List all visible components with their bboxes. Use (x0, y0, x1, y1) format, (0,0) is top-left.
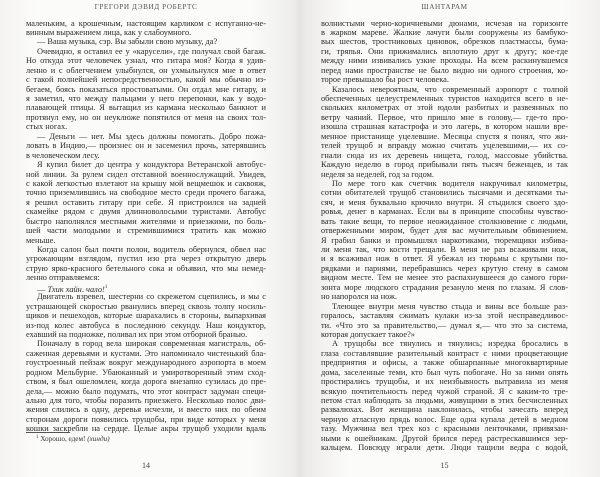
text-line: сторонам дороги появились трущобы, при в… (26, 415, 266, 424)
page-number-right: 15 (321, 461, 568, 470)
text-line: струю ярко-красного бетельного сока и об… (26, 264, 266, 273)
text-line: ными к ошейникам. Другой брился перед ра… (321, 434, 568, 443)
text-line: обеспеченных целеустремленных туристов н… (321, 94, 568, 103)
text-line: из-под колес автобуса в последнюю секунд… (26, 321, 266, 330)
text-line: Поначалу в город вела широкая современна… (26, 339, 266, 348)
page-number-left: 14 (26, 461, 266, 470)
text-line: глаза составлявшие разительный контраст … (321, 349, 568, 358)
text-line: скольких километрах от этой юдоли разбит… (321, 103, 568, 112)
text-line: неделя за неделей, год за годом. (321, 170, 568, 179)
text-line: горалось, заставляя сжимать кулаки из-за… (321, 311, 568, 320)
text-line: развалюхах. Вот женщина наклонилась, что… (321, 405, 568, 414)
text-line: с такой полнейшей непосредственностью, к… (26, 75, 266, 84)
footnote-rule (26, 432, 70, 433)
text-line: быстро наполнялся местными жителями и пр… (26, 217, 266, 226)
left-page: ГРЕГОРИ ДЭВИД РОБЕРТС маленьким, а кроше… (26, 0, 266, 477)
text-line: зонта море людского страдания резануло м… (321, 283, 568, 292)
text-line: Я купил билет до центра у кондуктора Вет… (26, 160, 266, 169)
text-line: я заметил, что между пальцами у него пер… (26, 94, 266, 103)
text-line: вать такие вещи, то первое неожиданное с… (321, 217, 568, 226)
text-line: изошла страшная катастрофа и это лагерь,… (321, 122, 568, 131)
text-line: точно приземлившись на свободное место с… (26, 188, 266, 197)
text-line: ально для того, чтобы поразить приезжего… (26, 396, 266, 405)
text-line: Когда салон был почти полон, водитель об… (26, 245, 266, 254)
text-line: протянул ему, но он неуклюже попятился о… (26, 113, 266, 122)
text-line: которая допускает такое?» (321, 330, 568, 339)
text-line: Я грабил банки и промышлял наркотиками, … (321, 236, 568, 245)
text-line: жения слились в одну, деревья исчезли, и… (26, 405, 266, 414)
text-line: тазу. Мужчина вел трех коз с красными ле… (321, 424, 568, 433)
text-line: дома, заселенные теми, кто был чуть побо… (321, 368, 568, 377)
text-line: менное пристанище уцелевшие. Месяцы спус… (321, 132, 568, 141)
text-line: рядками и парнями, перебравшись через кр… (321, 264, 568, 273)
text-line: ехавший на подножке, поливал их при этом… (26, 330, 266, 339)
text-line: Но откуда этот человечек узнал, что гита… (26, 56, 266, 65)
text-line: угрожающим взглядом, пустил изо рта чере… (26, 254, 266, 263)
left-page-body: маленьким, а крошечным, настоящим карлик… (26, 19, 266, 434)
text-line: — Деньги — нет. Мы здесь должны помогать… (26, 132, 266, 141)
text-line: сотни обитателей трущоб становились тыся… (321, 188, 568, 197)
footnote-reference: 1 (105, 285, 108, 290)
text-line: ством, я был ошеломлен, когда дорога вне… (26, 377, 266, 386)
text-line: дела,— можно было подумать, что этот кон… (26, 387, 266, 396)
text-line: черную атласную прядь волос. Еще одна ку… (321, 415, 568, 424)
text-line: вых шестов, тростниковых циновок, обрезк… (321, 37, 568, 46)
footnote-text: Хорошо, едем! (40, 435, 87, 443)
text-line: Тлеющее внутри меня чувство стыда и вины… (321, 302, 568, 311)
text-line: Казалось невероятным, что современный аэ… (321, 85, 568, 94)
text-line: между ними извивались узкие проходы. На … (321, 56, 568, 65)
text-line: винным выражением лица, как у слабоумног… (26, 28, 266, 37)
text-line: торое превышало бы рост человека. (321, 75, 568, 84)
text-line: ги, тряпья. Они прижимались вплотную дру… (321, 47, 568, 56)
text-line: всякую почтительность перед чужой страно… (321, 387, 568, 396)
text-line: стых ногах. (26, 122, 266, 131)
text-line: Двигатель взревел, шестерни со скрежетом… (26, 292, 266, 301)
text-line: А трущобы все тянулись и тянулись; изред… (321, 339, 568, 348)
text-line: отверженными миром, будет для вас мучите… (321, 226, 568, 235)
footnote-marker: 1 (36, 435, 39, 440)
text-line: сяч, и меня буквально крючило внутри. Я … (321, 198, 568, 207)
right-page: ШАНТАРАМ волнистыми черно-коричневыми дю… (321, 0, 568, 477)
text-line: плавающей птицы. Я вытащил из кармана не… (26, 103, 266, 112)
text-line: ловать в Индию,— произнес он и засеменил… (26, 141, 266, 150)
text-line: бегаем, боясь показаться простоватыми. О… (26, 85, 266, 94)
text-line: — Тхик хайн, чало!1 (26, 283, 266, 292)
text-line: Каждую неделю в город прибывали пять тыс… (321, 160, 568, 169)
text-line: петом стал наблюдать за людьми, живущими… (321, 396, 568, 405)
text-line: шей части молодыми и стремившимися трати… (26, 226, 266, 235)
text-line: кальцем. Повсюду играли дети. Люди тащил… (321, 443, 568, 452)
book-spread: ГРЕГОРИ ДЭВИД РОБЕРТС маленьким, а кроше… (0, 0, 600, 477)
text-line: устрашающей скоростью рванулись вперед с… (26, 302, 266, 311)
text-line: меньше. (26, 236, 266, 245)
text-line: родном Мельбурне. Убаюканный и умиротвор… (26, 368, 266, 377)
text-line: По мере того как счетчик водителя накруч… (321, 179, 568, 188)
footnote-language: (хинди) (87, 435, 109, 443)
text-line: ветру чаяний. Первое, что пришло мне в г… (321, 113, 568, 122)
text-line: простирались трущобы, и их неизбывность … (321, 377, 568, 386)
text-line: щиков и пешеходов, которые шарахались в … (26, 311, 266, 320)
text-line: в жарком мареве. Жалкие лачуги были соор… (321, 28, 568, 37)
running-head-author: ГРЕГОРИ ДЭВИД РОБЕРТС (26, 3, 266, 11)
text-line: и я всаживал нож в ответ. Я убежал из тю… (321, 254, 568, 263)
text-line: ровья, денег в карманах. Если вы в принц… (321, 207, 568, 216)
text-line: в человеческом лесу. (26, 151, 266, 160)
text-line: Очевидно, я оставил ее у «карусели», где… (26, 47, 266, 56)
text-line: ленно и с облегчением улыбнулся, он ухмы… (26, 66, 266, 75)
footnote: 1 Хорошо, едем! (хинди) (36, 435, 110, 443)
text-line: гоустроенный пейзаж вокруг международног… (26, 358, 266, 367)
text-line: предприятия и офисы, а также обшарпанные… (321, 358, 568, 367)
running-head-title: ШАНТАРАМ (321, 3, 568, 11)
text-line: с какой легкостью взлетают на крышу мой … (26, 179, 266, 188)
text-line: гнали сюда из их деревень нищета, голод,… (321, 151, 568, 160)
right-page-body: волнистыми черно-коричневыми дюнами, исч… (321, 19, 568, 453)
text-line: ли меня так, что кости трещали. В меня н… (321, 245, 568, 254)
text-line: ти. «Что это за правительство,— думал я,… (321, 321, 568, 330)
text-line: перед нами пространстве не было видно ни… (321, 66, 568, 75)
text-line: я решил оставить гитару при себе. Я прис… (26, 198, 266, 207)
text-line: маленьким, а крошечным, настоящим карлик… (26, 19, 266, 28)
text-line: ной линии. За рулем сидел отставной воен… (26, 170, 266, 179)
text-line: но напоролся на нож. (321, 292, 568, 301)
text-line: видном месте. Тем не менее это распахнув… (321, 273, 568, 282)
text-line: саженная деревьями и кустами. Это напоми… (26, 349, 266, 358)
text-line: волнистыми черно-коричневыми дюнами, исч… (321, 19, 568, 28)
text-line: телей трущоб и вправду можно считать уце… (321, 141, 568, 150)
text-line: скамейке рядом с двумя длинноволосыми ту… (26, 207, 266, 216)
text-line: ленно отправляемся: (26, 273, 266, 282)
text-line: — Ваша музыка, сэр. Вы забыли свою музык… (26, 37, 266, 46)
